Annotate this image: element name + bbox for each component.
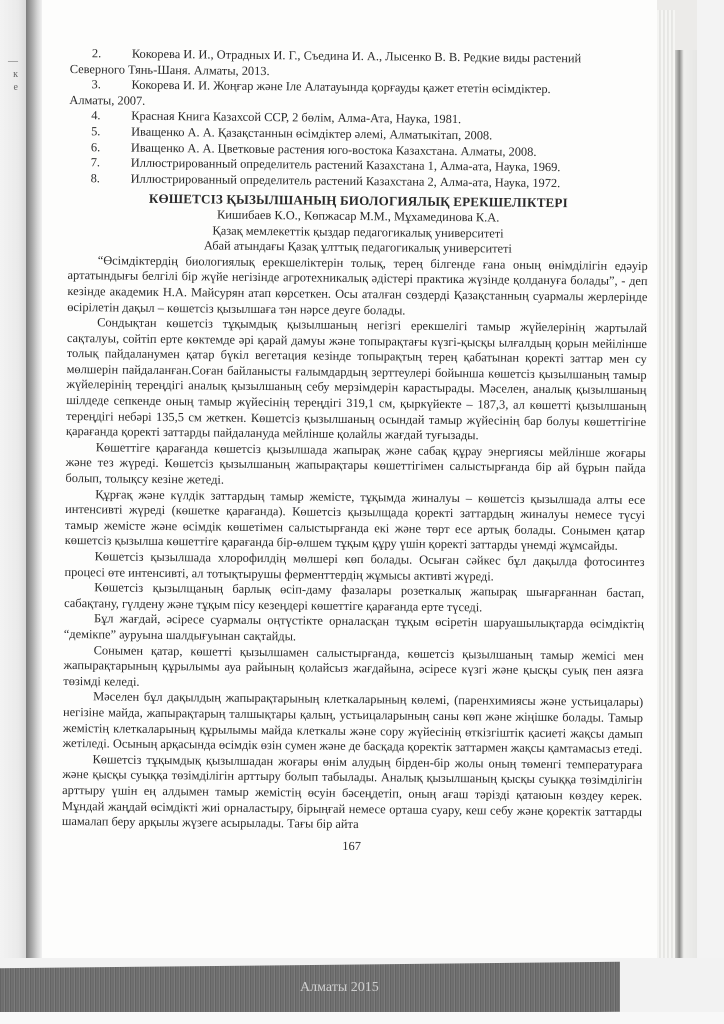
book-cover-edge	[675, 50, 697, 970]
book-binding-shadow	[26, 0, 42, 960]
page-stack-edge	[657, 10, 675, 960]
reference-number: 7.	[91, 155, 100, 171]
reference-text: Иващенко А. А. Қазақстаннын өсімдіктер ә…	[131, 125, 492, 143]
reference-number: 4.	[91, 109, 100, 125]
body-paragraph: Мәселен бұл дақылдың жапырақтарының клет…	[63, 689, 644, 757]
reference-number: 8.	[91, 171, 100, 187]
body-paragraph: Көшетсіз тұқымдық қызылшадан жоғары өнім…	[62, 752, 643, 836]
reference-number: 2.	[92, 46, 101, 62]
reference-text: Красная Книга Казахсой ССР, 2 бөлім, Алм…	[131, 109, 461, 126]
body-paragraph: Сонымен қатар, көшетті қызылшамен салыст…	[63, 643, 643, 696]
scanner-bottom-edge	[0, 1012, 724, 1024]
reference-text-continued: Северного Тянь-Шаня. Алматы, 2013.	[70, 62, 270, 78]
reference-number: 5.	[91, 124, 100, 140]
reference-number: 3.	[92, 77, 101, 93]
article-body: “Өсімдіктердің биологиялық ерекшеліктері…	[62, 253, 648, 836]
body-paragraph: Көшеттіге қарағанда көшетсіз қызылшада ж…	[65, 440, 645, 493]
scan-left-margin: — к е	[0, 0, 26, 960]
page-content: 2. Кокорева И. И., Отрадных И. Г., Съеди…	[62, 46, 650, 857]
body-paragraph: “Өсімдіктердің биологиялық ерекшеліктері…	[67, 253, 648, 321]
margin-fragment: е	[4, 81, 18, 94]
body-paragraph: Сондықтан көшетсіз тұқымдық қызылшаның н…	[66, 315, 647, 446]
reference-list: 2. Кокорева И. И., Отрадных И. Г., Съеди…	[69, 46, 650, 192]
reference-text-continued: Алматы, 2007.	[69, 93, 145, 108]
scanner-background	[697, 0, 724, 1024]
bleed-through-text: Алматы 2015	[300, 980, 379, 996]
margin-fragment: —	[4, 55, 18, 68]
reference-number: 6.	[91, 140, 100, 156]
margin-fragment: к	[4, 68, 18, 81]
body-paragraph: Құрғақ және күлдік заттардың тамыр жеміс…	[65, 487, 646, 555]
adjacent-page-fragments: — к е	[4, 55, 18, 94]
